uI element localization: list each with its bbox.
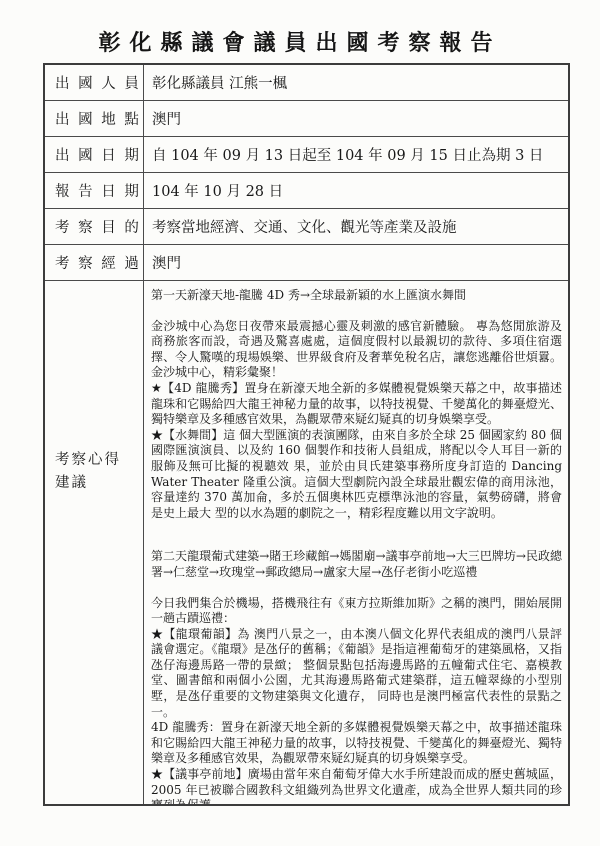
row-label-report-date: 報 告 日 期 (45, 173, 144, 208)
row-value-itinerary: 澳門 (144, 245, 568, 280)
table-row-itinerary: 考 察 經 過 澳門 (45, 245, 568, 281)
findings-paragraph: 金沙城中心為您日夜帶來最震撼心靈及刺激的感官新體驗。 專為悠閒旅游及商務旅客而設… (151, 319, 562, 381)
row-value-purpose: 考察當地經濟、交通、文化、觀光等產業及設施 (144, 209, 568, 244)
row-value-report-date: 104 年 10 月 28 日 (144, 173, 568, 208)
page-title: 彰化縣議會議員出國考察報告 (0, 26, 600, 57)
row-label-itinerary: 考 察 經 過 (45, 245, 144, 280)
row-label-destination: 出 國 地 點 (45, 101, 144, 136)
row-value-traveler: 彰化縣議員 江熊一楓 (144, 65, 568, 100)
table-row-findings: 考察心得 建議 第一天新濠天地-龍騰 4D 秀→全球最新穎的水上匯演水舞間金沙城… (45, 281, 568, 804)
report-page: 彰化縣議會議員出國考察報告 出 國 人 員 彰化縣議員 江熊一楓 出 國 地 點… (0, 0, 600, 846)
row-label-purpose: 考 察 目 的 (45, 209, 144, 244)
table-row-purpose: 考 察 目 的 考察當地經濟、交通、文化、觀光等產業及設施 (45, 209, 568, 245)
table-row-traveler: 出 國 人 員 彰化縣議員 江熊一楓 (45, 65, 568, 101)
findings-paragraph: ★【龍環葡韻】為 澳門八景之一，由本澳八個文化界代表組成的澳門八景評議會選定。《… (151, 627, 562, 721)
findings-paragraph: 4D 龍騰秀：置身在新濠天地全新的多媒體視覺娛樂天幕之中，故事描述龍珠和它賜給四… (151, 720, 562, 767)
findings-paragraph: ★【議事亭前地】廣場由當年來自葡萄牙偉大水手所建設而成的歷史舊城區，2005 年… (151, 767, 562, 804)
table-row-trip-dates: 出 國 日 期 自 104 年 09 月 13 日起至 104 年 09 月 1… (45, 137, 568, 173)
row-value-trip-dates: 自 104 年 09 月 13 日起至 104 年 09 月 15 日止為期 3… (144, 137, 568, 172)
findings-paragraph: ★【水舞間】這 個大型匯演的表演團隊，由來自多於全球 25 個國家約 80 個國… (151, 428, 562, 522)
row-label-trip-dates: 出 國 日 期 (45, 137, 144, 172)
findings-paragraph: 第二天龍環葡式建築→賭王珍藏館→媽閣廟→議事亭前地→大三巴牌坊→民政總署→仁慈堂… (151, 549, 562, 580)
row-value-destination: 澳門 (144, 101, 568, 136)
findings-paragraphs: 第一天新濠天地-龍騰 4D 秀→全球最新穎的水上匯演水舞間金沙城中心為您日夜帶來… (144, 281, 568, 804)
report-table: 出 國 人 員 彰化縣議員 江熊一楓 出 國 地 點 澳門 出 國 日 期 自 … (43, 63, 570, 806)
table-row-destination: 出 國 地 點 澳門 (45, 101, 568, 137)
table-row-report-date: 報 告 日 期 104 年 10 月 28 日 (45, 173, 568, 209)
row-label-findings: 考察心得 建議 (45, 281, 144, 804)
findings-paragraph: 今日我們集合於機場，搭機飛往有《東方拉斯維加斯》之稱的澳門，開始展開一趟古蹟巡禮… (151, 596, 562, 627)
row-label-traveler: 出 國 人 員 (45, 65, 144, 100)
findings-paragraph: ★【4D 龍騰秀】置身在新濠天地全新的多媒體視覺娛樂天幕之中，故事描述龍珠和它賜… (151, 381, 562, 428)
findings-paragraph: 第一天新濠天地-龍騰 4D 秀→全球最新穎的水上匯演水舞間 (151, 288, 562, 304)
